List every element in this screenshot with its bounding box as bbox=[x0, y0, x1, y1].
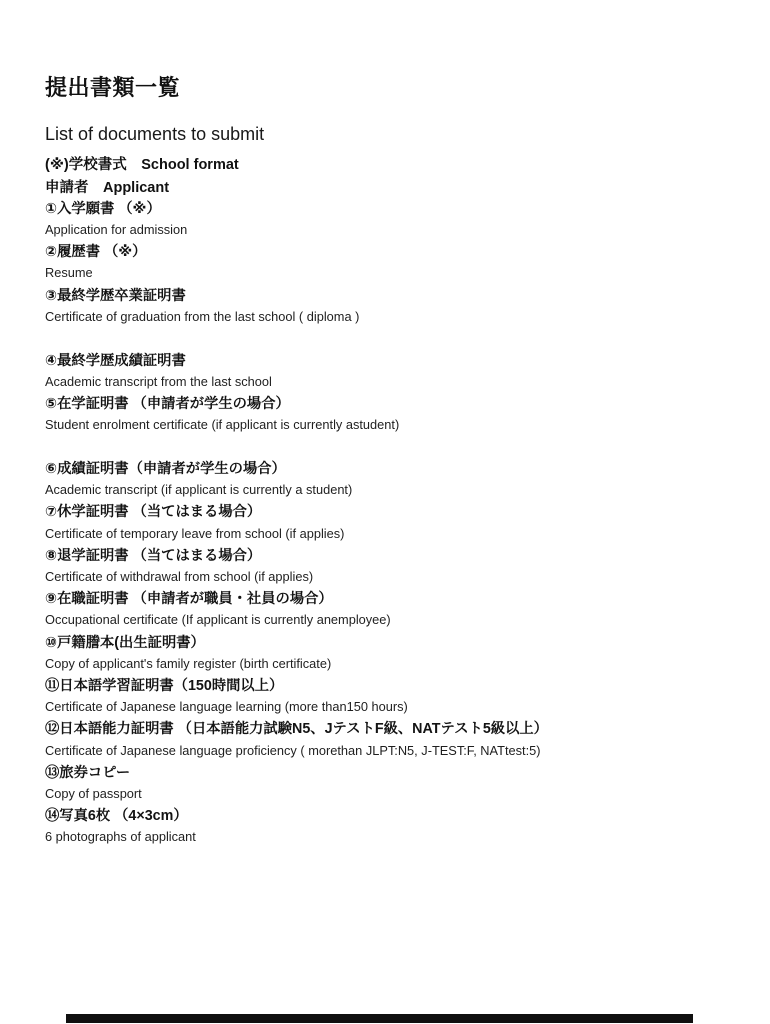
section-gap bbox=[45, 327, 745, 349]
doc-item-en: 6 photographs of applicant bbox=[45, 826, 745, 848]
doc-item-ja: ②履歴書 （※） bbox=[45, 240, 745, 262]
doc-item-ja: ③最終学歴卒業証明書 bbox=[45, 284, 745, 306]
doc-item-ja: ⑬旅券コピー bbox=[45, 761, 745, 783]
doc-item-ja: ⑤在学証明書 （申請者が学生の場合） bbox=[45, 392, 745, 414]
redacted-footer-bar bbox=[66, 1014, 693, 1023]
doc-item-en: Student enrolment certificate (if applic… bbox=[45, 414, 745, 436]
school-format-note: (※)学校書式 School format bbox=[45, 157, 745, 174]
doc-item-ja: ⑩戸籍謄本(出生証明書） bbox=[45, 631, 745, 653]
doc-item-ja: ⑧退学証明書 （当てはまる場合） bbox=[45, 544, 745, 566]
section-gap bbox=[45, 436, 745, 458]
doc-item-en: Application for admission bbox=[45, 219, 745, 241]
doc-item-en: Copy of passport bbox=[45, 783, 745, 805]
doc-item-ja: ④最終学歴成績証明書 bbox=[45, 349, 745, 371]
applicant-heading: 申請者 Applicant bbox=[45, 180, 745, 197]
doc-item-ja: ⑦休学証明書 （当てはまる場合） bbox=[45, 501, 745, 523]
doc-item-en: Copy of applicant's family register (bir… bbox=[45, 652, 745, 674]
page-title-ja: 提出書類一覧 bbox=[45, 75, 745, 101]
doc-item-ja: ⑥成績証明書（申請者が学生の場合） bbox=[45, 457, 745, 479]
doc-item-en: Certificate of Japanese language learnin… bbox=[45, 696, 745, 718]
page-title-en: List of documents to submit bbox=[45, 124, 745, 144]
doc-item-en: Certificate of withdrawal from school (i… bbox=[45, 566, 745, 588]
doc-item-ja: ⑨在職証明書 （申請者が職員・社員の場合） bbox=[45, 587, 745, 609]
document-page: 提出書類一覧 List of documents to submit (※)学校… bbox=[45, 75, 745, 848]
doc-item-en: Certificate of Japanese language profici… bbox=[45, 739, 745, 761]
doc-item-en: Resume bbox=[45, 262, 745, 284]
doc-item-ja: ⑪日本語学習証明書（150時間以上） bbox=[45, 674, 745, 696]
doc-item-ja: ⑫日本語能力証明書 （日本語能力試験N5、JテストF級、NATテスト5級以上） bbox=[45, 718, 745, 740]
document-list: ①入学願書 （※） Application for admission ②履歴書… bbox=[45, 197, 745, 848]
doc-item-en: Occupational certificate (If applicant i… bbox=[45, 609, 745, 631]
doc-item-en: Certificate of graduation from the last … bbox=[45, 305, 745, 327]
doc-item-ja: ①入学願書 （※） bbox=[45, 197, 745, 219]
doc-item-en: Academic transcript (if applicant is cur… bbox=[45, 479, 745, 501]
doc-item-en: Certificate of temporary leave from scho… bbox=[45, 522, 745, 544]
doc-item-ja: ⑭写真6枚 （4×3cm） bbox=[45, 804, 745, 826]
doc-item-en: Academic transcript from the last school bbox=[45, 371, 745, 393]
